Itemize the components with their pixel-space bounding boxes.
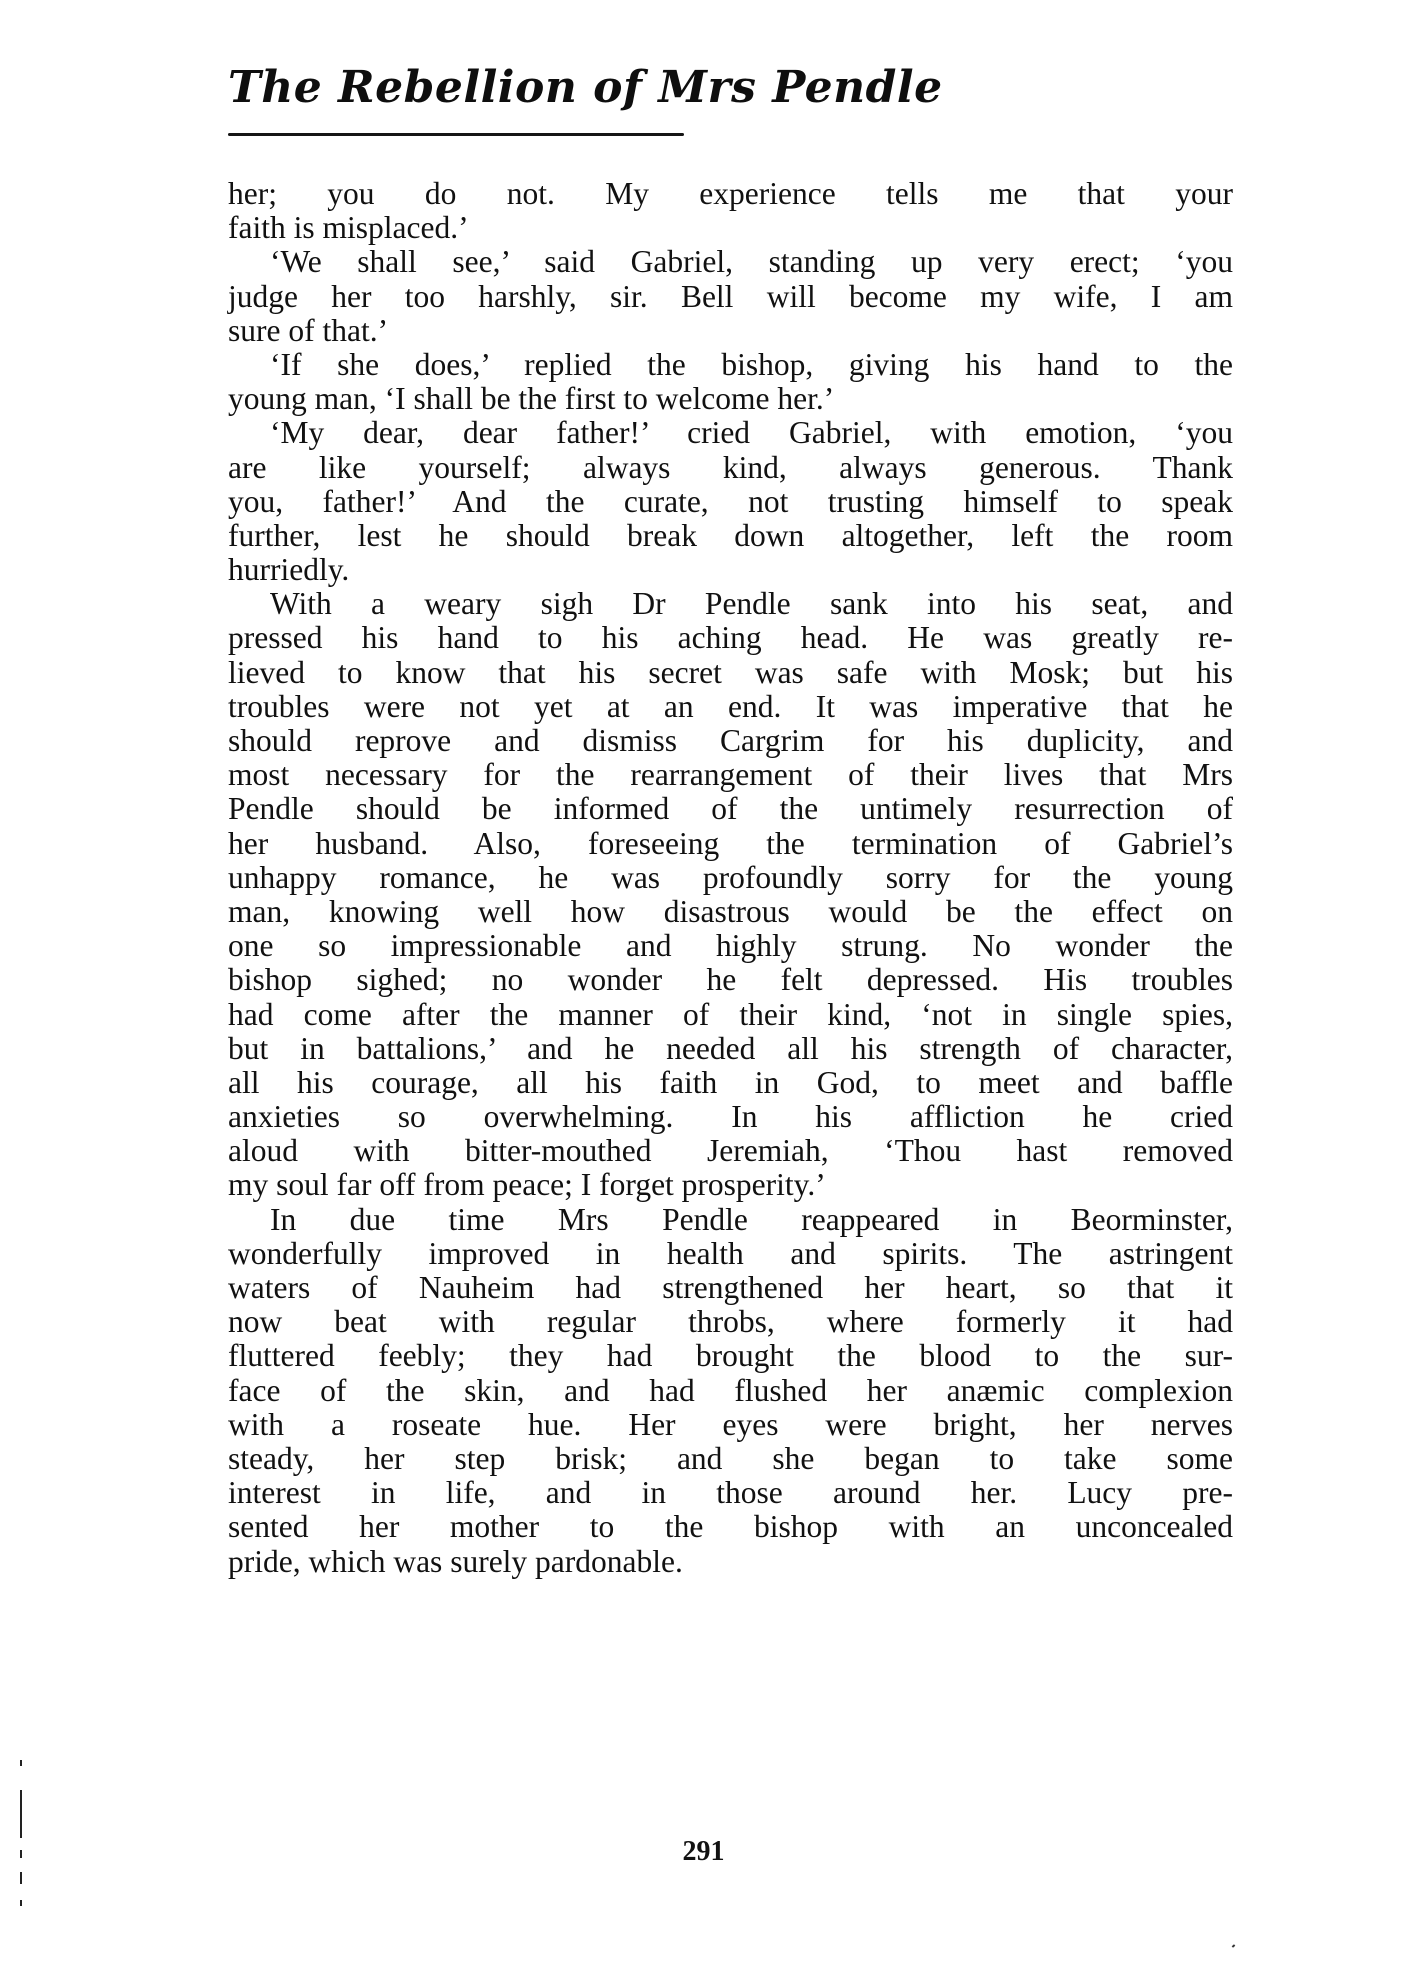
text-line: face of the skin, and had flushed her an…: [228, 1374, 1233, 1408]
text-line: are like yourself; always kind, always g…: [228, 451, 1233, 485]
page-number-value: 291: [683, 1836, 725, 1868]
text-line: sure of that.’: [228, 314, 1233, 348]
text-line: ‘My dear, dear father!’ cried Gabriel, w…: [228, 416, 1233, 450]
text-line: most necessary for the rearrangement of …: [228, 758, 1233, 792]
text-line: ‘If she does,’ replied the bishop, givin…: [228, 348, 1233, 382]
text-line: with a roseate hue. Her eyes were bright…: [228, 1408, 1233, 1442]
text-line: interest in life, and in those around he…: [228, 1476, 1233, 1510]
text-line: waters of Nauheim had strengthened her h…: [228, 1271, 1233, 1305]
body-text: her; you do not. My experience tells me …: [228, 177, 1233, 1579]
text-line: faith is misplaced.’: [228, 211, 1233, 245]
text-line: troubles were not yet at an end. It was …: [228, 690, 1233, 724]
text-line: With a weary sigh Dr Pendle sank into hi…: [228, 587, 1233, 621]
text-line: hurriedly.: [228, 553, 1233, 587]
text-line: unhappy romance, he was profoundly sorry…: [228, 861, 1233, 895]
text-line: anxieties so overwhelming. In his afflic…: [228, 1100, 1233, 1134]
text-line: wonderfully improved in health and spiri…: [228, 1237, 1233, 1271]
text-line: In due time Mrs Pendle reappeared in Beo…: [228, 1203, 1233, 1237]
text-line: one so impressionable and highly strung.…: [228, 929, 1233, 963]
scan-margin-artifact: [20, 1760, 24, 1930]
header-rule: [228, 133, 684, 136]
text-line: should reprove and dismiss Cargrim for h…: [228, 724, 1233, 758]
text-line: ‘We shall see,’ said Gabriel, standing u…: [228, 245, 1233, 279]
text-line: Pendle should be informed of the untimel…: [228, 792, 1233, 826]
running-head: The Rebellion of Mrs Pendle: [228, 62, 943, 113]
text-line: her husband. Also, foreseeing the termin…: [228, 827, 1233, 861]
scan-speck: [1232, 1944, 1236, 1947]
text-line: sented her mother to the bishop with an …: [228, 1510, 1233, 1544]
text-line: you, father!’ And the curate, not trusti…: [228, 485, 1233, 519]
text-line: bishop sighed; no wonder he felt depress…: [228, 963, 1233, 997]
text-line: further, lest he should break down altog…: [228, 519, 1233, 553]
text-line: steady, her step brisk; and she began to…: [228, 1442, 1233, 1476]
text-line: judge her too harshly, sir. Bell will be…: [228, 280, 1233, 314]
text-line: pressed his hand to his aching head. He …: [228, 621, 1233, 655]
text-line: now beat with regular throbs, where form…: [228, 1305, 1233, 1339]
text-line: all his courage, all his faith in God, t…: [228, 1066, 1233, 1100]
text-line: her; you do not. My experience tells me …: [228, 177, 1233, 211]
text-line: man, knowing well how disastrous would b…: [228, 895, 1233, 929]
text-line: but in battalions,’ and he needed all hi…: [228, 1032, 1233, 1066]
text-line: my soul far off from peace; I forget pro…: [228, 1168, 1233, 1202]
text-line: fluttered feebly; they had brought the b…: [228, 1339, 1233, 1373]
text-line: had come after the manner of their kind,…: [228, 998, 1233, 1032]
page-number: 291: [0, 1836, 1409, 1868]
text-line: aloud with bitter-mouthed Jeremiah, ‘Tho…: [228, 1134, 1233, 1168]
text-line: pride, which was surely pardonable.: [228, 1545, 1233, 1579]
text-line: young man, ‘I shall be the first to welc…: [228, 382, 1233, 416]
text-line: lieved to know that his secret was safe …: [228, 656, 1233, 690]
